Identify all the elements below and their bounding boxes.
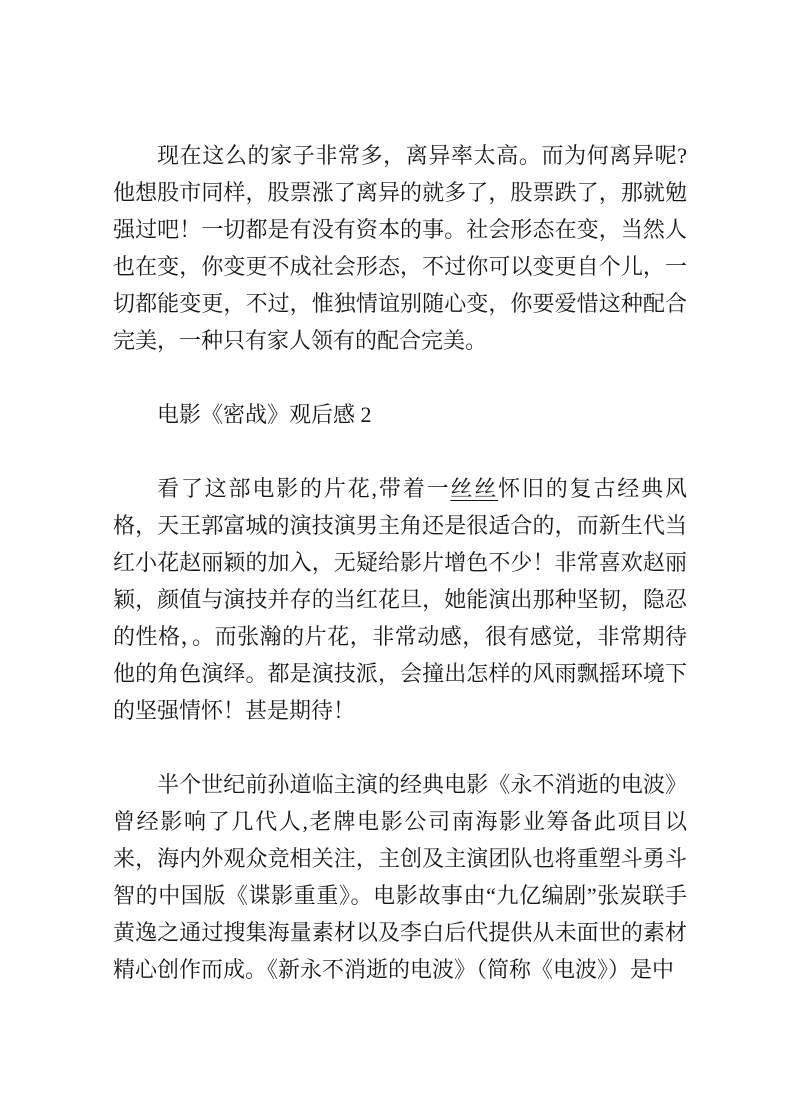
paragraph-intro: 现在这么的家子非常多，离异率太高。而为何离异呢?他想股市同样，股票涨了离异的就多…	[113, 137, 687, 359]
paragraph-review: 看了这部电影的片花,带着一丝丝怀旧的复古经典风格，天王郭富城的演技演男主角还是很…	[113, 470, 687, 729]
section-heading: 电影《密战》观后感 2	[113, 396, 687, 433]
document-page: 现在这么的家子非常多，离异率太高。而为何离异呢?他想股市同样，股票涨了离异的就多…	[0, 0, 792, 1120]
document-body: 现在这么的家子非常多，离异率太高。而为何离异呢?他想股市同样，股票涨了离异的就多…	[113, 137, 687, 988]
paragraph-review-pre: 看了这部电影的片花,带着一	[157, 476, 450, 501]
paragraph-review-post: 怀旧的复古经典风格，天王郭富城的演技演男主角还是很适合的，而新生代当红小花赵丽颖…	[113, 476, 687, 723]
underlined-text: 丝丝	[450, 476, 498, 501]
paragraph-review-continued: 半个世纪前孙道临主演的经典电影《永不消逝的电波》曾经影响了几代人,老牌电影公司南…	[113, 766, 687, 988]
